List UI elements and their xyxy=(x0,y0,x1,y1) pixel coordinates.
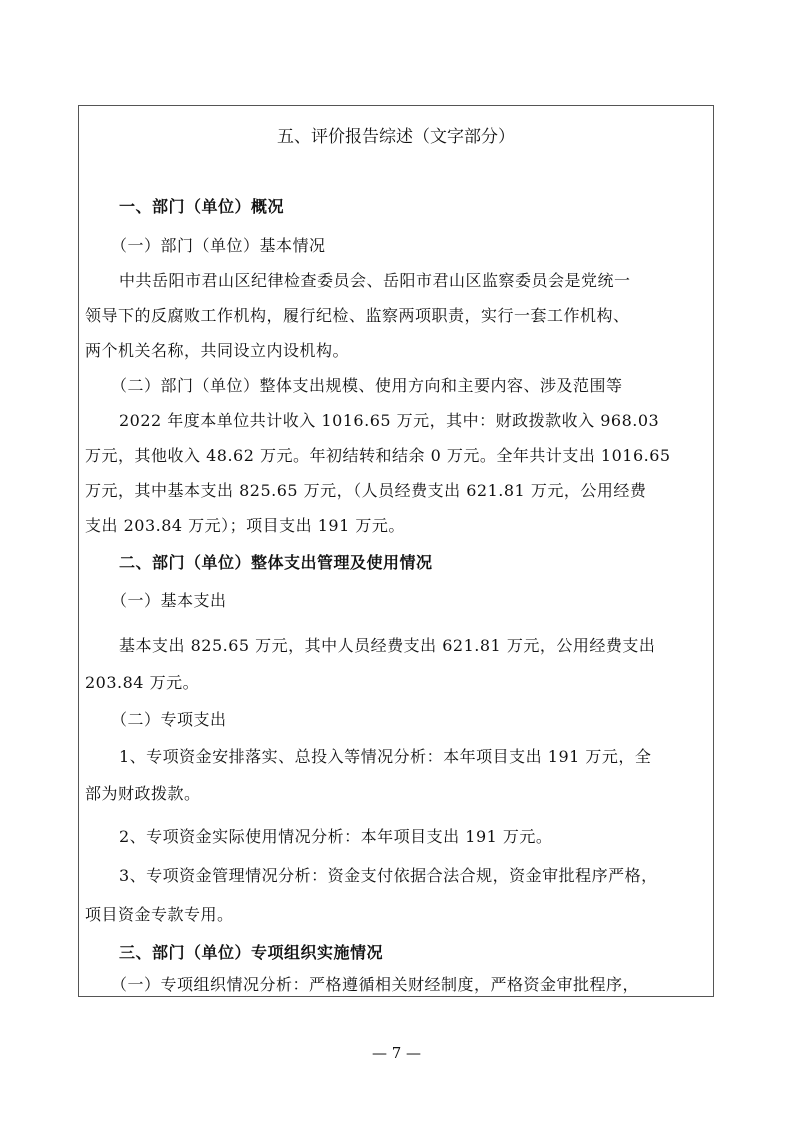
report-summary-box: 五、评价报告综述（文字部分） 一、部门（单位）概况 （一）部门（单位）基本情况 … xyxy=(78,105,714,997)
paragraph-line: 2022 年度本单位共计收入 1016.65 万元，其中：财政拨款收入 968.… xyxy=(85,408,707,431)
heading-2: 二、部门（单位）整体支出管理及使用情况 xyxy=(85,550,707,573)
paragraph-line: 万元，其他收入 48.62 万元。年初结转和结余 0 万元。全年共计支出 101… xyxy=(85,443,707,466)
heading-3: 三、部门（单位）专项组织实施情况 xyxy=(85,940,707,963)
paragraph-line: 两个机关名称，共同设立内设机构。 xyxy=(85,338,707,361)
paragraph-line: 支出 203.84 万元）；项目支出 191 万元。 xyxy=(85,513,707,536)
paragraph-line: 2、专项资金实际使用情况分析：本年项目支出 191 万元。 xyxy=(85,824,707,847)
page-number: — 7 — xyxy=(0,1044,793,1062)
paragraph-line: 1、专项资金安排落实、总投入等情况分析：本年项目支出 191 万元，全 xyxy=(85,744,707,767)
paragraph-line: 203.84 万元。 xyxy=(85,670,707,693)
heading-1: 一、部门（单位）概况 xyxy=(85,194,707,217)
subheading: （二）专项支出 xyxy=(85,707,707,730)
paragraph-line: 部为财政拨款。 xyxy=(85,781,707,804)
paragraph-line: 3、专项资金管理情况分析：资金支付依据合法合规，资金审批程序严格， xyxy=(85,863,707,886)
paragraph-line: 基本支出 825.65 万元，其中人员经费支出 621.81 万元，公用经费支出 xyxy=(85,633,707,656)
paragraph-line: 项目资金专款专用。 xyxy=(85,902,707,925)
subheading: （二）部门（单位）整体支出规模、使用方向和主要内容、涉及范围等 xyxy=(85,373,707,396)
subheading: （一）部门（单位）基本情况 xyxy=(85,233,707,256)
paragraph-line: 领导下的反腐败工作机构，履行纪检、监察两项职责，实行一套工作机构、 xyxy=(85,303,707,326)
section-title: 五、评价报告综述（文字部分） xyxy=(79,122,713,147)
subheading: （一）基本支出 xyxy=(85,588,707,611)
paragraph-line: 万元，其中基本支出 825.65 万元，（人员经费支出 621.81 万元，公用… xyxy=(85,478,707,501)
subheading: （一）专项组织情况分析：严格遵循相关财经制度，严格资金审批程序， xyxy=(85,972,707,995)
paragraph-line: 中共岳阳市君山区纪律检查委员会、岳阳市君山区监察委员会是党统一 xyxy=(85,268,707,291)
